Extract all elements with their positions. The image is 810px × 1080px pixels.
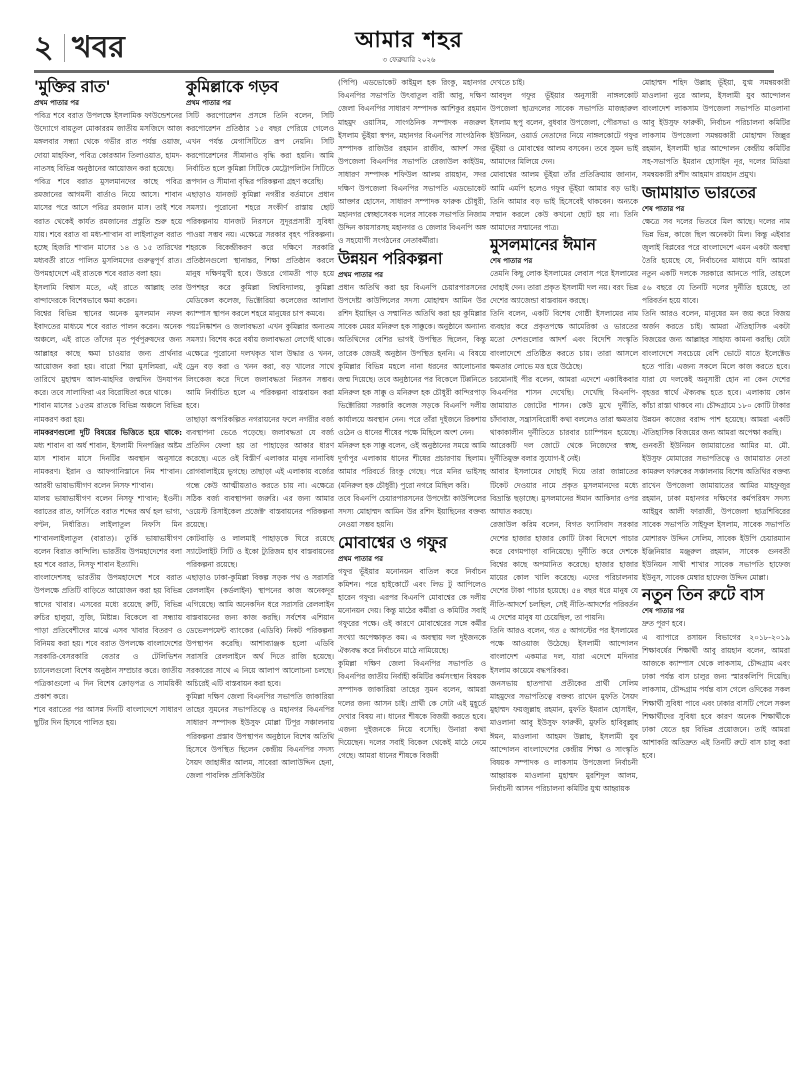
column-2: কুমিল্লাকে গড়ব প্রথম পাতার পর সিটি করপো…: [186, 76, 334, 782]
publication-date: ৩ ফেব্রুয়ারি ২০২৬: [324, 54, 494, 66]
article-paragraph: ক্ষেত্রে সব দলের ভিতরে মিল আছে। দলের নাম…: [642, 215, 790, 307]
article-paragraph: এ ব্যাপারে রসায়ন বিভাগের ২০১৮-২০১৯ শিক্…: [642, 631, 790, 763]
kicker: প্রথম পাতার পর: [186, 98, 334, 109]
article-paragraph: মোবাশ্বের আলম ভূঁইয়া তাঁর প্রতিক্রিয়ায…: [490, 168, 638, 234]
article-paragraph: রেজাউল করিম বলেন, বিগত ফ্যাসিবাদ সরকার দ…: [490, 518, 638, 624]
article-paragraph: (পিপি) এডভোকেট কাইমুল হক রিংকু, মহানগর ব…: [338, 76, 486, 248]
headline-mobashwer: মোবাশ্বের ও গফুর: [338, 533, 486, 553]
article-paragraph: কুমিল্লা দক্ষিণ জেলা বিএনপির সভাপতি ও বি…: [338, 657, 486, 763]
article-paragraph: চরমোনাই পীর বলেন, আমরা এদেশে একাধিকবার ব…: [490, 373, 638, 465]
article-paragraph: গুনবতী ইউনিয়ন জামায়াতের আমির মা. মৌ. ই…: [642, 439, 790, 584]
column-4: দেখতে চাই। আবদুল গফুর ভূঁইয়ার অনুসারী ন…: [490, 76, 638, 796]
column-3: (পিপি) এডভোকেট কাইমুল হক রিংকু, মহানগর ব…: [338, 76, 486, 763]
kicker: প্রথম পাতার পর: [338, 270, 486, 281]
kicker: শেষ পাতার পর: [642, 204, 790, 215]
article-paragraph: এছাড়াও ঢাকা-কুমিল্লা বিকল্প সড়ক পথ ও স…: [186, 571, 334, 690]
article-paragraph: দেখতে চাই।: [490, 76, 638, 89]
article-paragraph: পবিত্র শবে বরাত উপলক্ষে ইসলামিক ফাউন্ডেশ…: [34, 109, 182, 175]
headline-cumilla: কুমিল্লাকে গড়ব: [186, 77, 334, 97]
article-paragraph: পবিত্র শবে বরাত মুসলমানদের কাছে পবিত্র র…: [34, 175, 182, 281]
article-paragraph: আবদুল গফুর ভূঁইয়ার অনুসারী নাঙ্গলকোট উপ…: [490, 89, 638, 168]
article-paragraph: তিনি আরও বলেন, মানুষের মন জয় করে বিজয় …: [642, 307, 790, 439]
article-paragraph: তিনি বলেন, একটি বিশেষ গোষ্ঠী ইসলামের নাম…: [490, 307, 638, 373]
header-rule: [34, 70, 774, 73]
inline-text: মধ্য শাবান বা অর্ধ শাবান, ইসলামী দিনপঞ্জ…: [34, 441, 182, 490]
article-paragraph: নামকরণগুলো দুটি বিষয়ের ভিত্তিতে হয়ে থা…: [34, 426, 182, 492]
page-number: ২: [34, 28, 54, 68]
article-paragraph: ইসলামি বিশ্বাস মতে, এই রাতে আল্লাহ তার ব…: [34, 281, 182, 307]
kicker: শেষ পাতার পর: [642, 606, 790, 617]
headline-iman: মুসলমানের ঈমান: [490, 235, 638, 255]
article-paragraph: মোহাম্মদ শহিদ উল্লাহ ভূঁইয়া, যুগ্ম সমন্…: [642, 76, 790, 182]
column-1: 'মুক্তির রাত' প্রথম পাতার পর পবিত্র শবে …: [34, 76, 182, 730]
column-5: মোহাম্মদ শহিদ উল্লাহ ভূঁইয়া, যুগ্ম সমন্…: [642, 76, 790, 763]
article-paragraph: বাংলাদেশসহ ভারতীয় উপমহাদেশে শবে বরাত উপ…: [34, 571, 182, 703]
article-paragraph: মনিরুল হক সাক্কু বলেন, ওই অনুষ্ঠানের সময…: [338, 439, 486, 492]
article-paragraph: তেমনি কিছু লোক ইসলামের লেবাস পরে ইসলামের…: [490, 267, 638, 307]
article-paragraph: বিশ্বের বিভিন্ন স্থানের অনেক মুসলমান নফল…: [34, 307, 182, 399]
article-paragraph: শবে বরাতের পর আসন্ন দিনটি বাংলাদেশে সাধা…: [34, 703, 182, 729]
article-paragraph: দ্রুত পূরণ হবে।: [642, 617, 790, 630]
headline-mukti: 'মুক্তির রাত': [34, 77, 182, 97]
headline-bus: নতুন তিন রুটে বাস: [642, 585, 790, 605]
article-paragraph: প্রধান অতিথি করা হয় বিএনপি চেয়ারপারসনে…: [338, 281, 486, 439]
masthead: ২ খবর আমার শহর ৩ ফেব্রুয়ারি ২০২৬: [34, 28, 774, 68]
article-paragraph: কুমিল্লা দক্ষিণ জেলা বিএনপির সভাপতি জাকা…: [186, 690, 334, 782]
article-paragraph: সিটি করপোরেশন প্রসঙ্গে তিনি বলেন, সিটি ক…: [186, 109, 334, 188]
article-paragraph: এছাড়াও যানজট কুমিল্লা নগরীর বর্তমানে প্…: [186, 188, 334, 320]
bold-lead: নামকরণগুলো দুটি বিষয়ের ভিত্তিতে হয়ে থা…: [34, 428, 182, 437]
article-paragraph: তবে বিএনপি চেয়ারপারসনের উপদেষ্টা কাউন্স…: [338, 492, 486, 532]
headline-jamaat: জামায়াত ভারতের: [642, 183, 790, 203]
article-paragraph: তাছাড়া অপরিকল্পিত নগরায়নের ফলে নগরীর ব…: [186, 413, 334, 532]
kicker: প্রথম পাতার পর: [34, 98, 182, 109]
article-paragraph: আবার ইসলামের দোহাই দিয়ে তারা জান্নাতের …: [490, 465, 638, 518]
article-paragraph: পয়ঃনিষ্কাশন ও জলাবদ্ধতা এখন কুমিল্লার অ…: [186, 320, 334, 412]
newspaper-title: আমার শহর: [324, 26, 494, 54]
page-number-divider: [64, 34, 65, 62]
section-name: খবর: [72, 28, 125, 68]
article-paragraph: শাবান মাসের ১৫তম রাতকে বিভিন্ন অঞ্চলে বি…: [34, 399, 182, 425]
kicker: শেষ পাতার পর: [490, 256, 638, 267]
article-paragraph: জনসভায় হাতপাখা প্রতীকের প্রার্থী সেলিম …: [490, 677, 638, 796]
article-paragraph: তিনি আরও বলেন, গত ৫ আগস্টের পর ইসলামের প…: [490, 624, 638, 677]
article-paragraph: কোটবাড়ি ও লালমাই পাহাড়কে ঘিরে রয়েছে স…: [186, 532, 334, 572]
headline-unnayan: উন্নয়ন পরিকল্পনা: [338, 249, 486, 269]
article-paragraph: গফুর ভূঁইয়ার মনোনয়ন বাতিল করে নির্বাচন…: [338, 565, 486, 657]
kicker: প্রথম পাতার পর: [338, 554, 486, 565]
article-paragraph: মালয় ভাষাভাষীগণ বলেন নিসফু শা'বান; ইওনী…: [34, 492, 182, 571]
